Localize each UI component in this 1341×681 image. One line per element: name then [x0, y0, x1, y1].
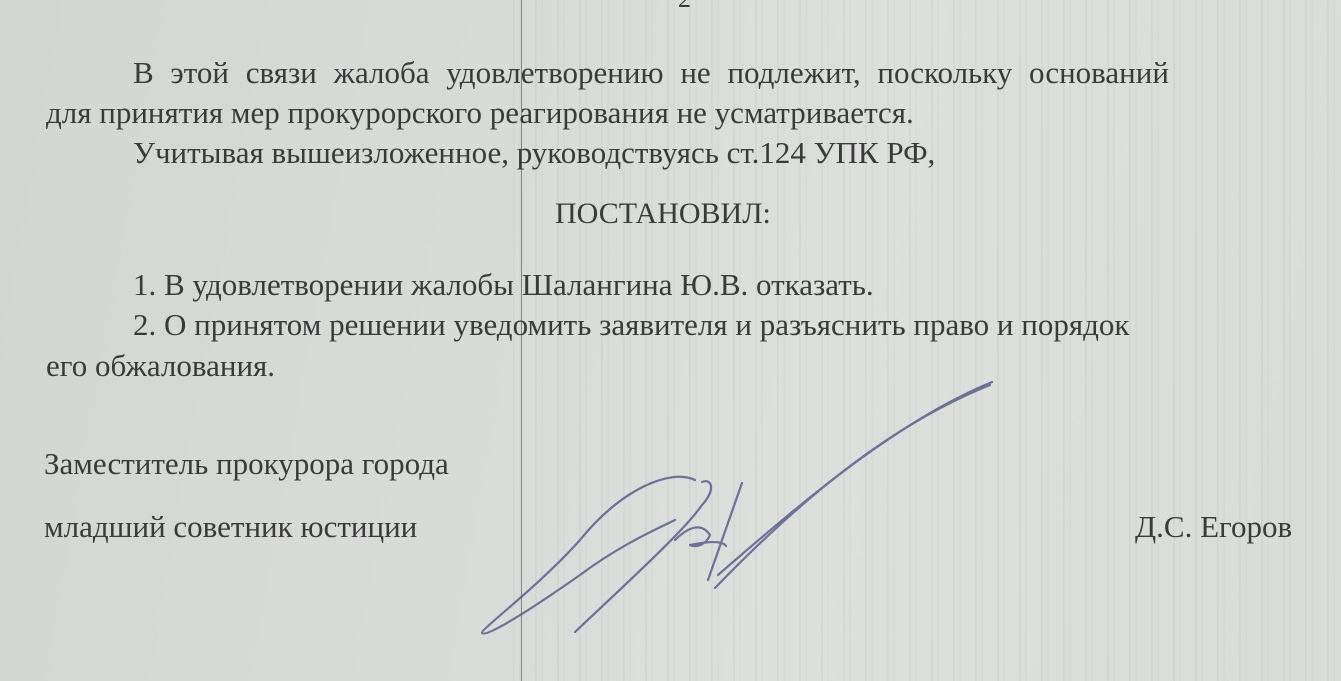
resolution-item-1: 1. В удовлетворении жалобы Шалангина Ю.В…: [133, 269, 874, 300]
paragraph-1-line-2: для принятия мер прокурорского реагирова…: [46, 97, 914, 128]
signatory-position-line-2: младший советник юстиции: [44, 511, 417, 542]
paragraph-1-line-1: В этой связи жалоба удовлетворению не по…: [133, 57, 1169, 88]
paragraph-2: Учитывая вышеизложенное, руководствуясь …: [133, 137, 935, 168]
resolution-item-2-line-2: его обжалования.: [46, 350, 275, 381]
page-number: 2: [678, 0, 691, 12]
resolution-item-2-line-1: 2. О принятом решении уведомить заявител…: [133, 309, 1129, 340]
handwritten-signature: [470, 370, 1030, 650]
resolution-title: ПОСТАНОВИЛ:: [555, 199, 771, 229]
signatory-position-line-1: Заместитель прокурора города: [44, 448, 449, 479]
signatory-name: Д.С. Егоров: [1135, 511, 1292, 542]
